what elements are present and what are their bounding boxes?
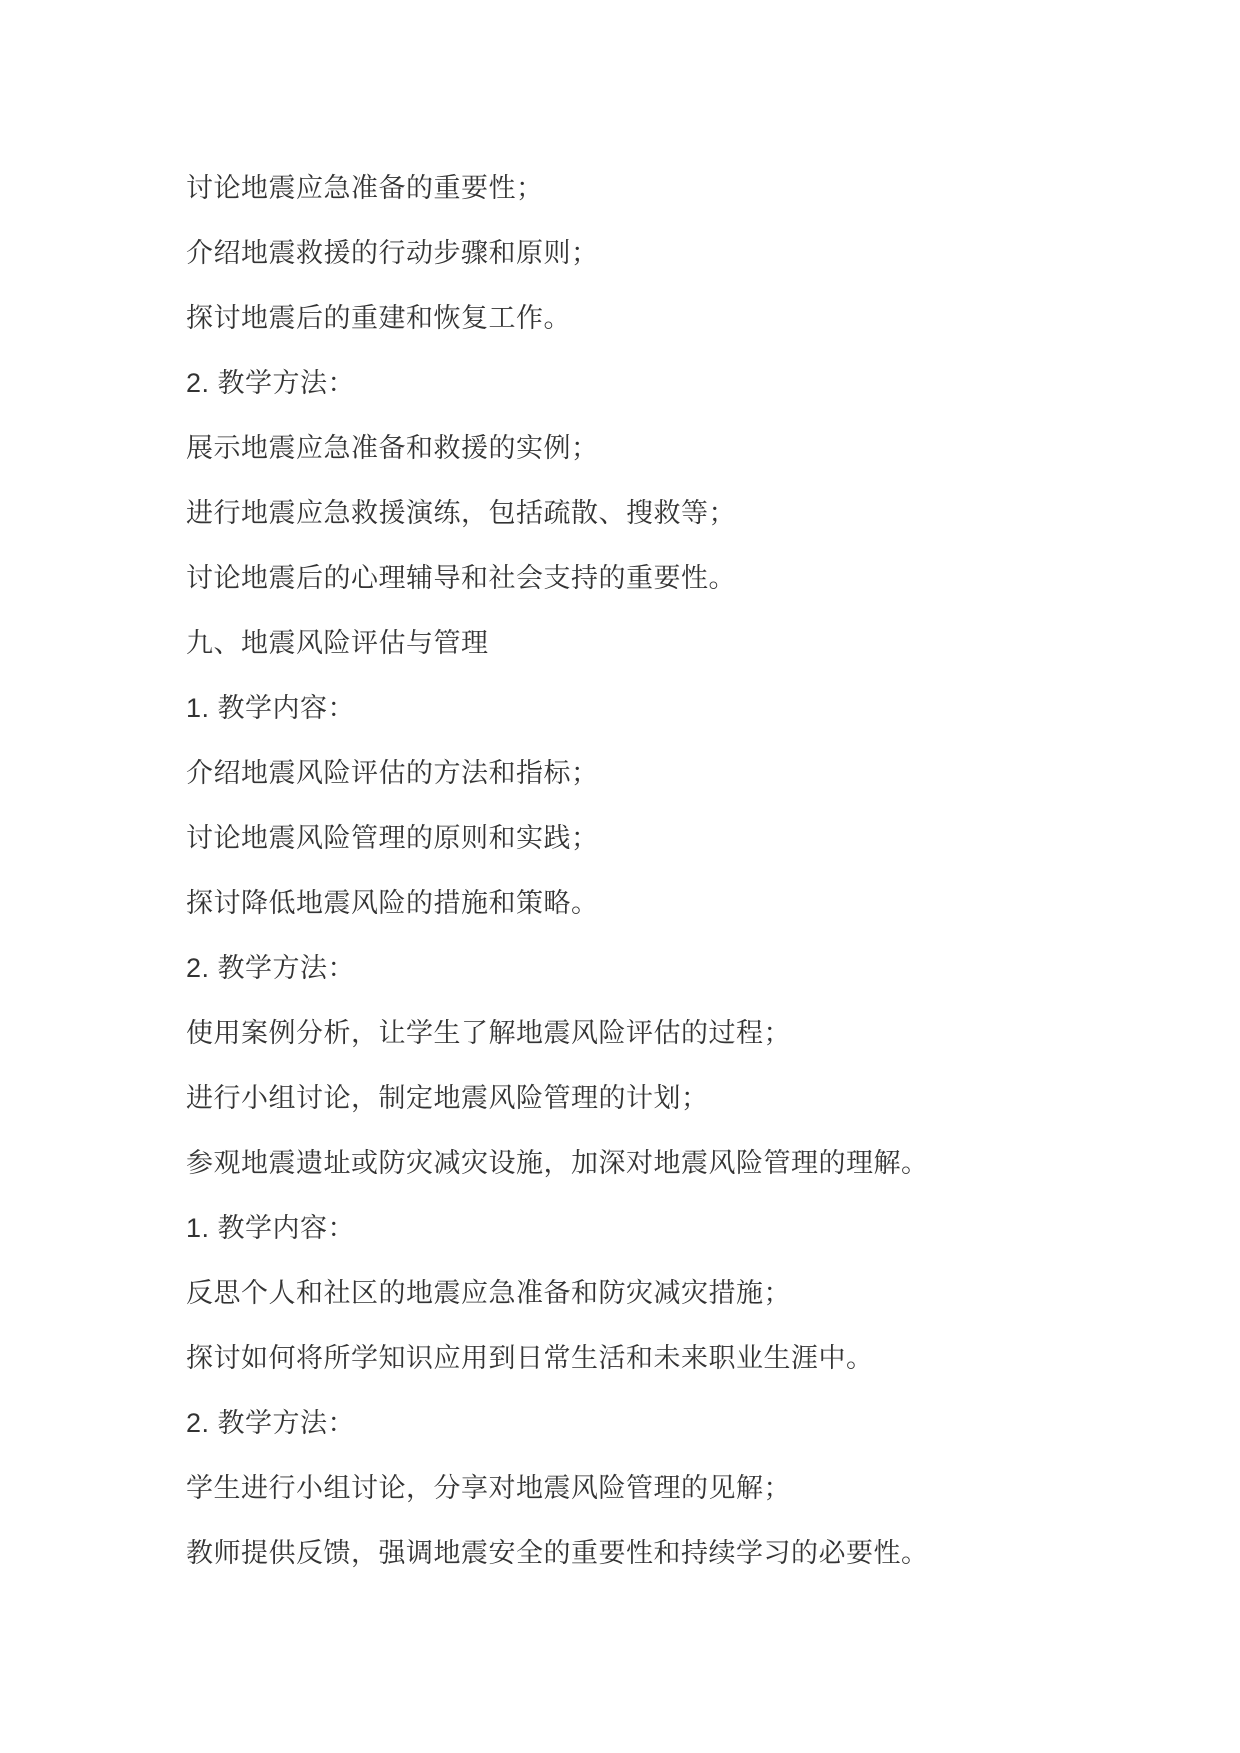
paragraph: 进行地震应急救援演练，包括疏散、搜救等； — [186, 481, 1090, 546]
numbered-subheading: 2. 教学方法： — [186, 1391, 1090, 1456]
paragraph: 讨论地震应急准备的重要性； — [186, 156, 1090, 221]
numbered-subheading: 1. 教学内容： — [186, 1196, 1090, 1261]
numbered-subheading: 2. 教学方法： — [186, 351, 1090, 416]
numbered-subheading: 2. 教学方法： — [186, 936, 1090, 1001]
paragraph: 探讨如何将所学知识应用到日常生活和未来职业生涯中。 — [186, 1326, 1090, 1391]
paragraph: 介绍地震救援的行动步骤和原则； — [186, 221, 1090, 286]
paragraph: 进行小组讨论，制定地震风险管理的计划； — [186, 1066, 1090, 1131]
paragraph: 学生进行小组讨论，分享对地震风险管理的见解； — [186, 1456, 1090, 1521]
paragraph: 展示地震应急准备和救援的实例； — [186, 416, 1090, 481]
paragraph: 讨论地震后的心理辅导和社会支持的重要性。 — [186, 546, 1090, 611]
section-heading: 九、地震风险评估与管理 — [186, 611, 1090, 676]
paragraph: 讨论地震风险管理的原则和实践； — [186, 806, 1090, 871]
paragraph: 使用案例分析，让学生了解地震风险评估的过程； — [186, 1001, 1090, 1066]
paragraph: 探讨地震后的重建和恢复工作。 — [186, 286, 1090, 351]
paragraph: 参观地震遗址或防灾减灾设施，加深对地震风险管理的理解。 — [186, 1131, 1090, 1196]
document-page: 讨论地震应急准备的重要性； 介绍地震救援的行动步骤和原则； 探讨地震后的重建和恢… — [0, 0, 1240, 1753]
numbered-subheading: 1. 教学内容： — [186, 676, 1090, 741]
paragraph: 介绍地震风险评估的方法和指标； — [186, 741, 1090, 806]
paragraph: 探讨降低地震风险的措施和策略。 — [186, 871, 1090, 936]
paragraph: 教师提供反馈，强调地震安全的重要性和持续学习的必要性。 — [186, 1521, 1090, 1586]
paragraph: 反思个人和社区的地震应急准备和防灾减灾措施； — [186, 1261, 1090, 1326]
